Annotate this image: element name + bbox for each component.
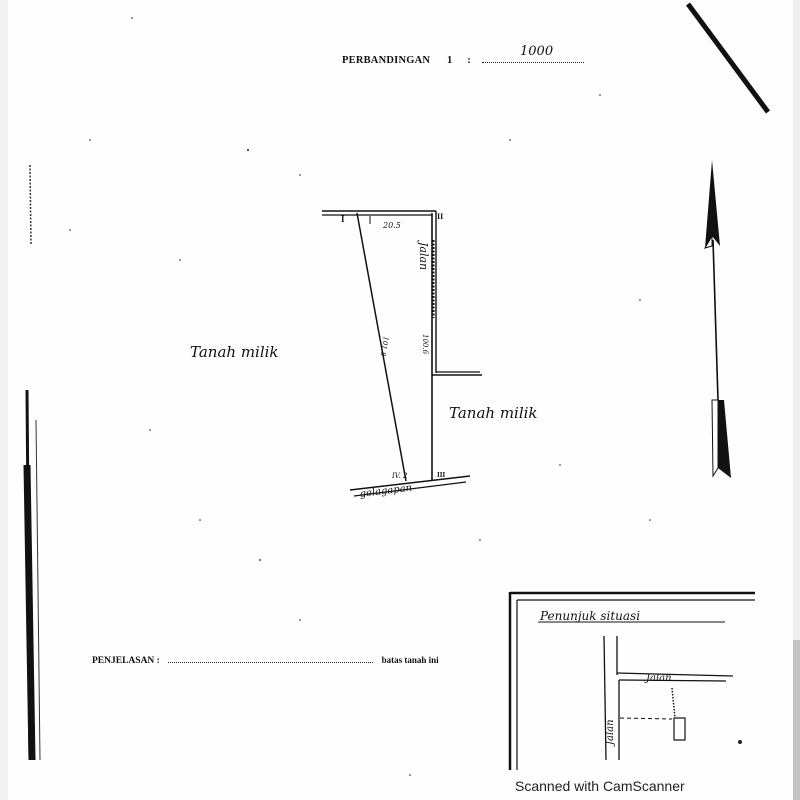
inset-road-vertical: Jalan <box>605 719 616 747</box>
north-arrow-icon <box>705 160 731 478</box>
legend-label: PENJELASAN <box>92 656 154 666</box>
inset-title: Penunjuk situasi <box>539 609 640 623</box>
camscanner-watermark: Scanned with CamScanner <box>515 778 685 794</box>
road-south-label: gelagapan <box>359 483 413 500</box>
corner-label-i: I <box>341 214 345 224</box>
legend-separator: : <box>157 656 160 666</box>
inset-road-horizontal: Jalan <box>644 673 672 684</box>
legend-text: batas tanah ini <box>382 655 439 665</box>
legend-dotted-line <box>168 657 373 663</box>
corner-label-iv: IV. 2 <box>391 472 408 480</box>
land-parcel <box>322 211 482 496</box>
neighbor-west-label: Tanah milik <box>190 343 279 361</box>
legend: PENJELASAN : batas tanah ini <box>92 655 439 666</box>
corner-label-ii: II <box>437 212 443 221</box>
neighbor-east-label: Tanah milik <box>449 404 538 422</box>
corner-mark <box>688 4 768 112</box>
length-north: 20.5 <box>382 221 401 230</box>
survey-drawing: I II III IV. 2 20.5 101.8 100.6 Tanah mi… <box>0 0 800 800</box>
corner-label-iii: III <box>437 471 445 479</box>
scanned-page: PERBANDINGAN 1 : 1000 <box>0 0 800 800</box>
length-east: 100.6 <box>421 334 429 355</box>
road-east-label: Jalan <box>417 240 430 270</box>
left-binding-edge <box>27 165 40 760</box>
